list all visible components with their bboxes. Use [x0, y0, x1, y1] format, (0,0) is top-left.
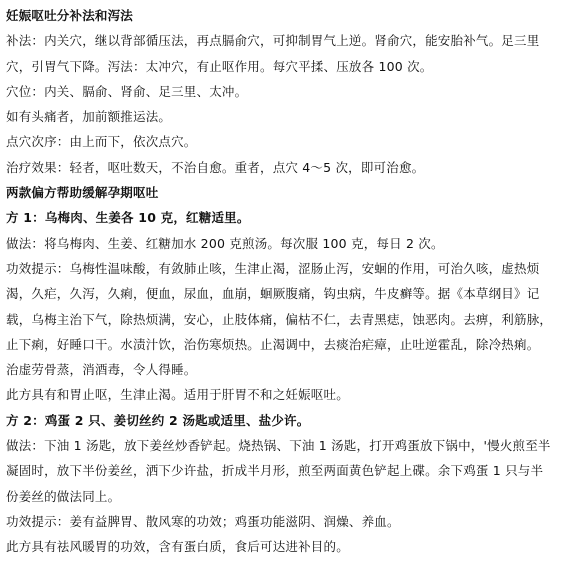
recipe1-effect-line: 功效提示：乌梅性温味酸，有敛肺止咳，生津止渴，涩肠止泻，安蛔的作用，可治久咳，虚… — [6, 256, 563, 281]
recipe2-effect: 功效提示：姜有益脾胃、散风寒的功效；鸡蛋功能滋阴、润燥、养血。 — [6, 509, 563, 534]
recipe1-effect-line: 止下痢，好睡口干。水渍汁饮，治伤寒烦热。止渴调中，去痰治疟瘴，止吐逆霍乱，除冷热… — [6, 332, 563, 357]
recipe2-method-line: 做法：下油 1 汤匙，放下姜丝炒香铲起。烧热锅、下油 1 汤匙，打开鸡蛋放下锅中… — [6, 433, 563, 458]
recipe2-summary: 此方具有祛风暖胃的功效，含有蛋白质，食后可达进补目的。 — [6, 534, 563, 559]
paragraph-order: 点穴次序：由上而下，依次点穴。 — [6, 129, 563, 154]
recipe1-effect-line: 载，乌梅主治下气，除热烦满，安心，止肢体痛，偏枯不仁，去青黑痣，蚀恶肉。去痹，利… — [6, 307, 563, 332]
paragraph-effect: 治疗效果：轻者，呕吐数天，不治自愈。重者，点穴 4～5 次，即可治愈。 — [6, 155, 563, 180]
recipe1-summary: 此方具有和胃止呕，生津止渴。适用于肝胃不和之妊娠呕吐。 — [6, 382, 563, 407]
recipe1-effect-line: 渴，久疟，久泻，久痢，便血，尿血，血崩，蛔厥腹痛，钩虫病，牛皮癣等。据《本草纲目… — [6, 281, 563, 306]
paragraph-line: 穴，引胃气下降。泻法：太冲穴，有止呕作用。每穴平揉、压放各 100 次。 — [6, 54, 563, 79]
section-title-remedies: 两款偏方帮助缓解孕期呕吐 — [6, 180, 563, 205]
recipe2-method-line: 凝固时，放下半份姜丝，洒下少许盐，折成半月形，煎至两面黄色铲起上碟。余下鸡蛋 1… — [6, 458, 563, 483]
section-title-acupressure: 妊娠呕吐分补法和泻法 — [6, 3, 563, 28]
recipe2-method-line: 份姜丝的做法同上。 — [6, 484, 563, 509]
recipe1-effect-line: 治虚劳骨蒸，消酒毒，令人得睡。 — [6, 357, 563, 382]
recipe1-title: 方 1：乌梅肉、生姜各 10 克，红糖适里。 — [6, 205, 563, 230]
article: 妊娠呕吐分补法和泻法 补法：内关穴，继以背部循压法，再点膈俞穴，可抑制胃气上逆。… — [0, 0, 569, 560]
paragraph-line: 补法：内关穴，继以背部循压法，再点膈俞穴，可抑制胃气上逆。肾俞穴，能安胎补气。足… — [6, 28, 563, 53]
recipe1-method: 做法：将乌梅肉、生姜、红糖加水 200 克煎汤。每次服 100 克，每日 2 次… — [6, 231, 563, 256]
paragraph-acupoints: 穴位：内关、膈俞、肾俞、足三里、太冲。 — [6, 79, 563, 104]
paragraph-headache: 如有头痛者，加前额推运法。 — [6, 104, 563, 129]
recipe2-title: 方 2：鸡蛋 2 只、姜切丝约 2 汤匙或适里、盐少许。 — [6, 408, 563, 433]
